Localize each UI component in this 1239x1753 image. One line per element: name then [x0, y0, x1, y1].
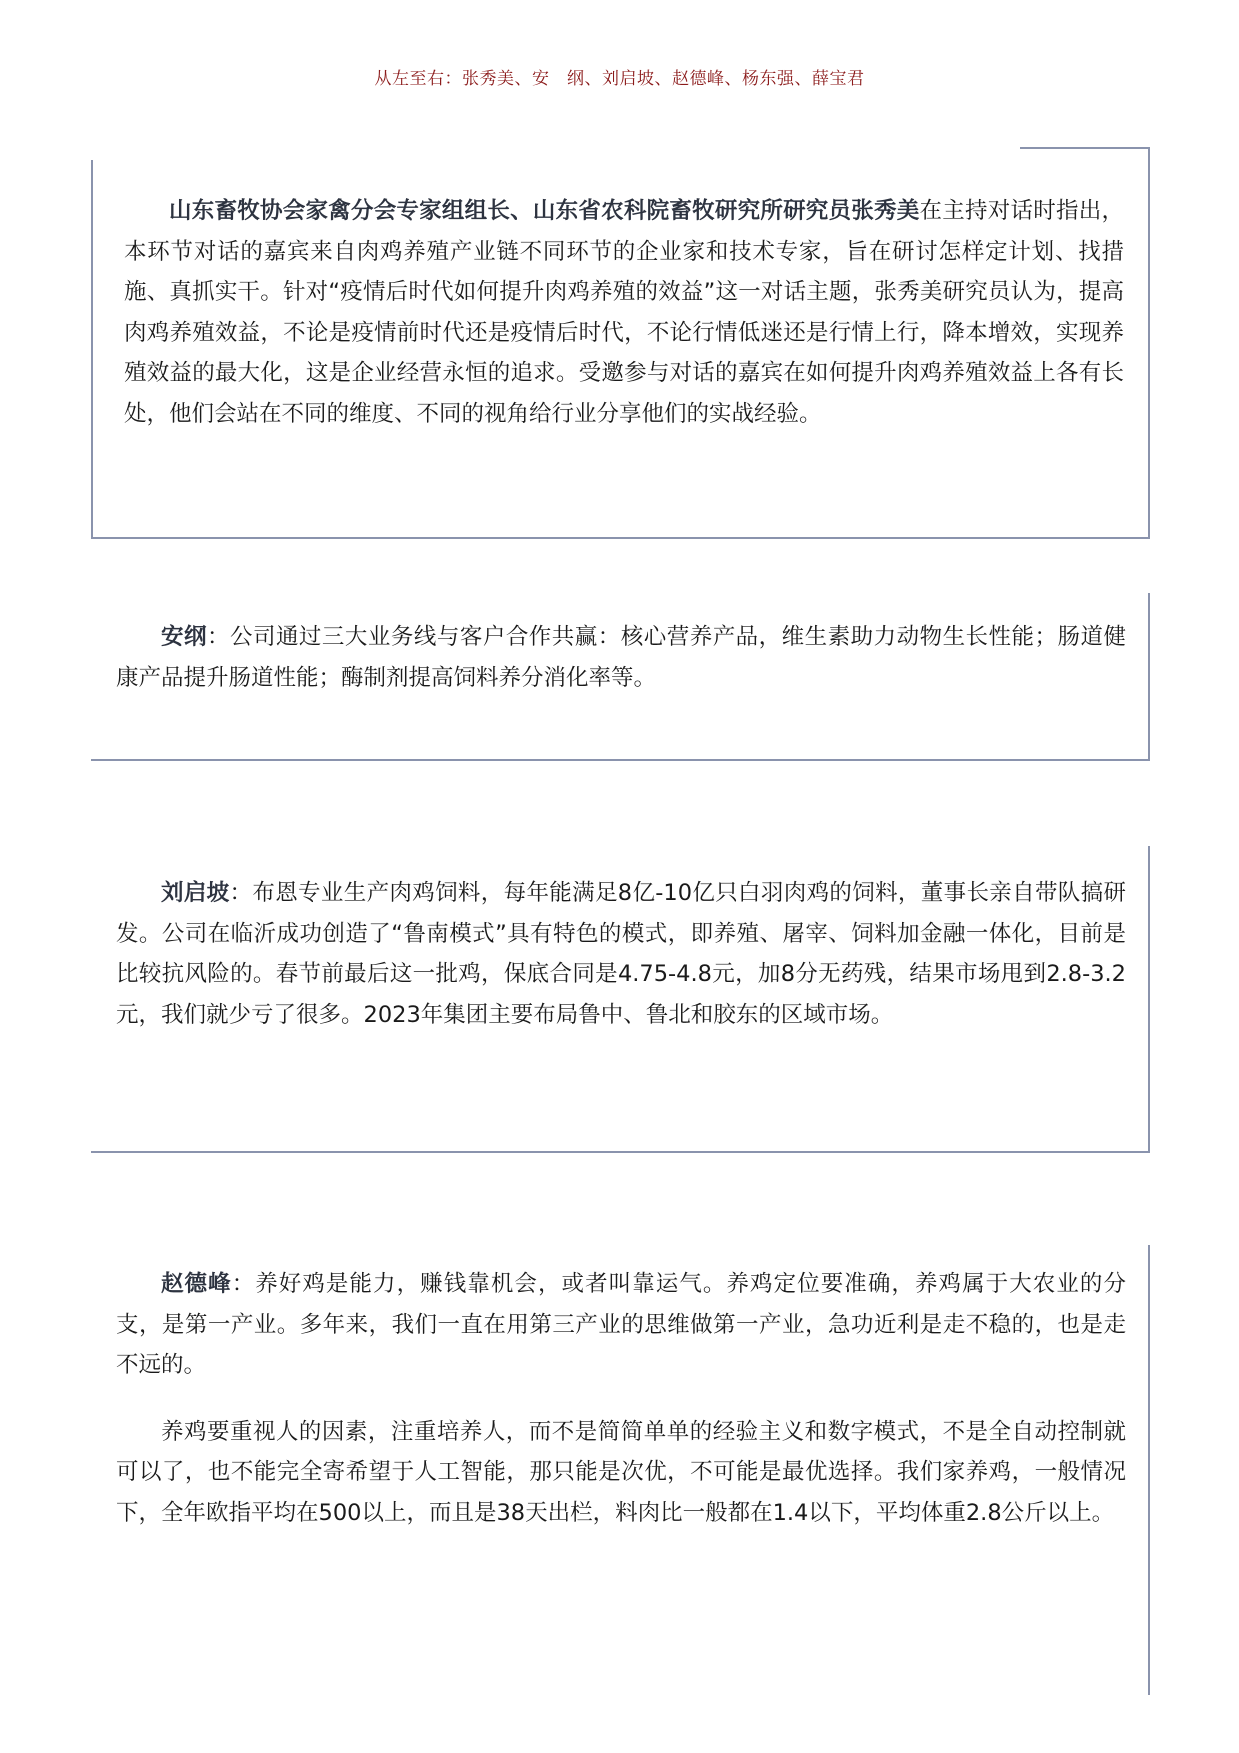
section-text: ：公司通过三大业务线与客户合作共赢：核心营养产品，维生素助力动物生长性能；肠道健…: [116, 624, 1126, 691]
speaker-name: 安纲: [161, 624, 207, 650]
section-an-gang: 安纲：公司通过三大业务线与客户合作共赢：核心营养产品，维生素助力动物生长性能；肠…: [116, 617, 1126, 698]
section-text-continued: 养鸡要重视人的因素，注重培养人，而不是简简单单的经验主义和数字模式，不是全自动控…: [116, 1412, 1126, 1534]
section-text: ：养好鸡是能力，赚钱靠机会，或者叫靠运气。养鸡定位要准确，养鸡属于大农业的分支，…: [116, 1271, 1126, 1378]
box1-right-border: [1148, 147, 1150, 539]
box1-left-border: [91, 160, 93, 539]
box2-bottom-border: [91, 759, 1150, 761]
speaker-name: 山东畜牧协会家禽分会专家组组长、山东省农科院畜牧研究所研究员张秀美: [169, 198, 920, 224]
box3-right-border: [1148, 846, 1150, 1153]
box1-top-border: [1020, 147, 1150, 149]
section-zhao-defeng: 赵德峰：养好鸡是能力，赚钱靠机会，或者叫靠运气。养鸡定位要准确，养鸡属于大农业的…: [116, 1264, 1126, 1533]
box3-bottom-border: [91, 1151, 1150, 1153]
section-liu-qipo: 刘启坡：布恩专业生产肉鸡饲料，每年能满足8亿-10亿只白羽肉鸡的饲料，董事长亲自…: [116, 873, 1126, 1035]
section-text: 在主持对话时指出，本环节对话的嘉宾来自肉鸡养殖产业链不同环节的企业家和技术专家，…: [124, 198, 1124, 427]
box2-right-border: [1148, 593, 1150, 761]
box4-right-border: [1148, 1245, 1150, 1695]
box1-bottom-border: [91, 537, 1150, 539]
photo-caption: 从左至右：张秀美、安 纲、刘启坡、赵德峰、杨东强、薛宝君: [0, 64, 1239, 89]
section-zhang-xiumei: 山东畜牧协会家禽分会专家组组长、山东省农科院畜牧研究所研究员张秀美在主持对话时指…: [124, 191, 1124, 434]
section-text: ：布恩专业生产肉鸡饲料，每年能满足8亿-10亿只白羽肉鸡的饲料，董事长亲自带队搞…: [116, 880, 1126, 1028]
speaker-name: 赵德峰: [161, 1271, 232, 1297]
speaker-name: 刘启坡: [161, 880, 230, 906]
